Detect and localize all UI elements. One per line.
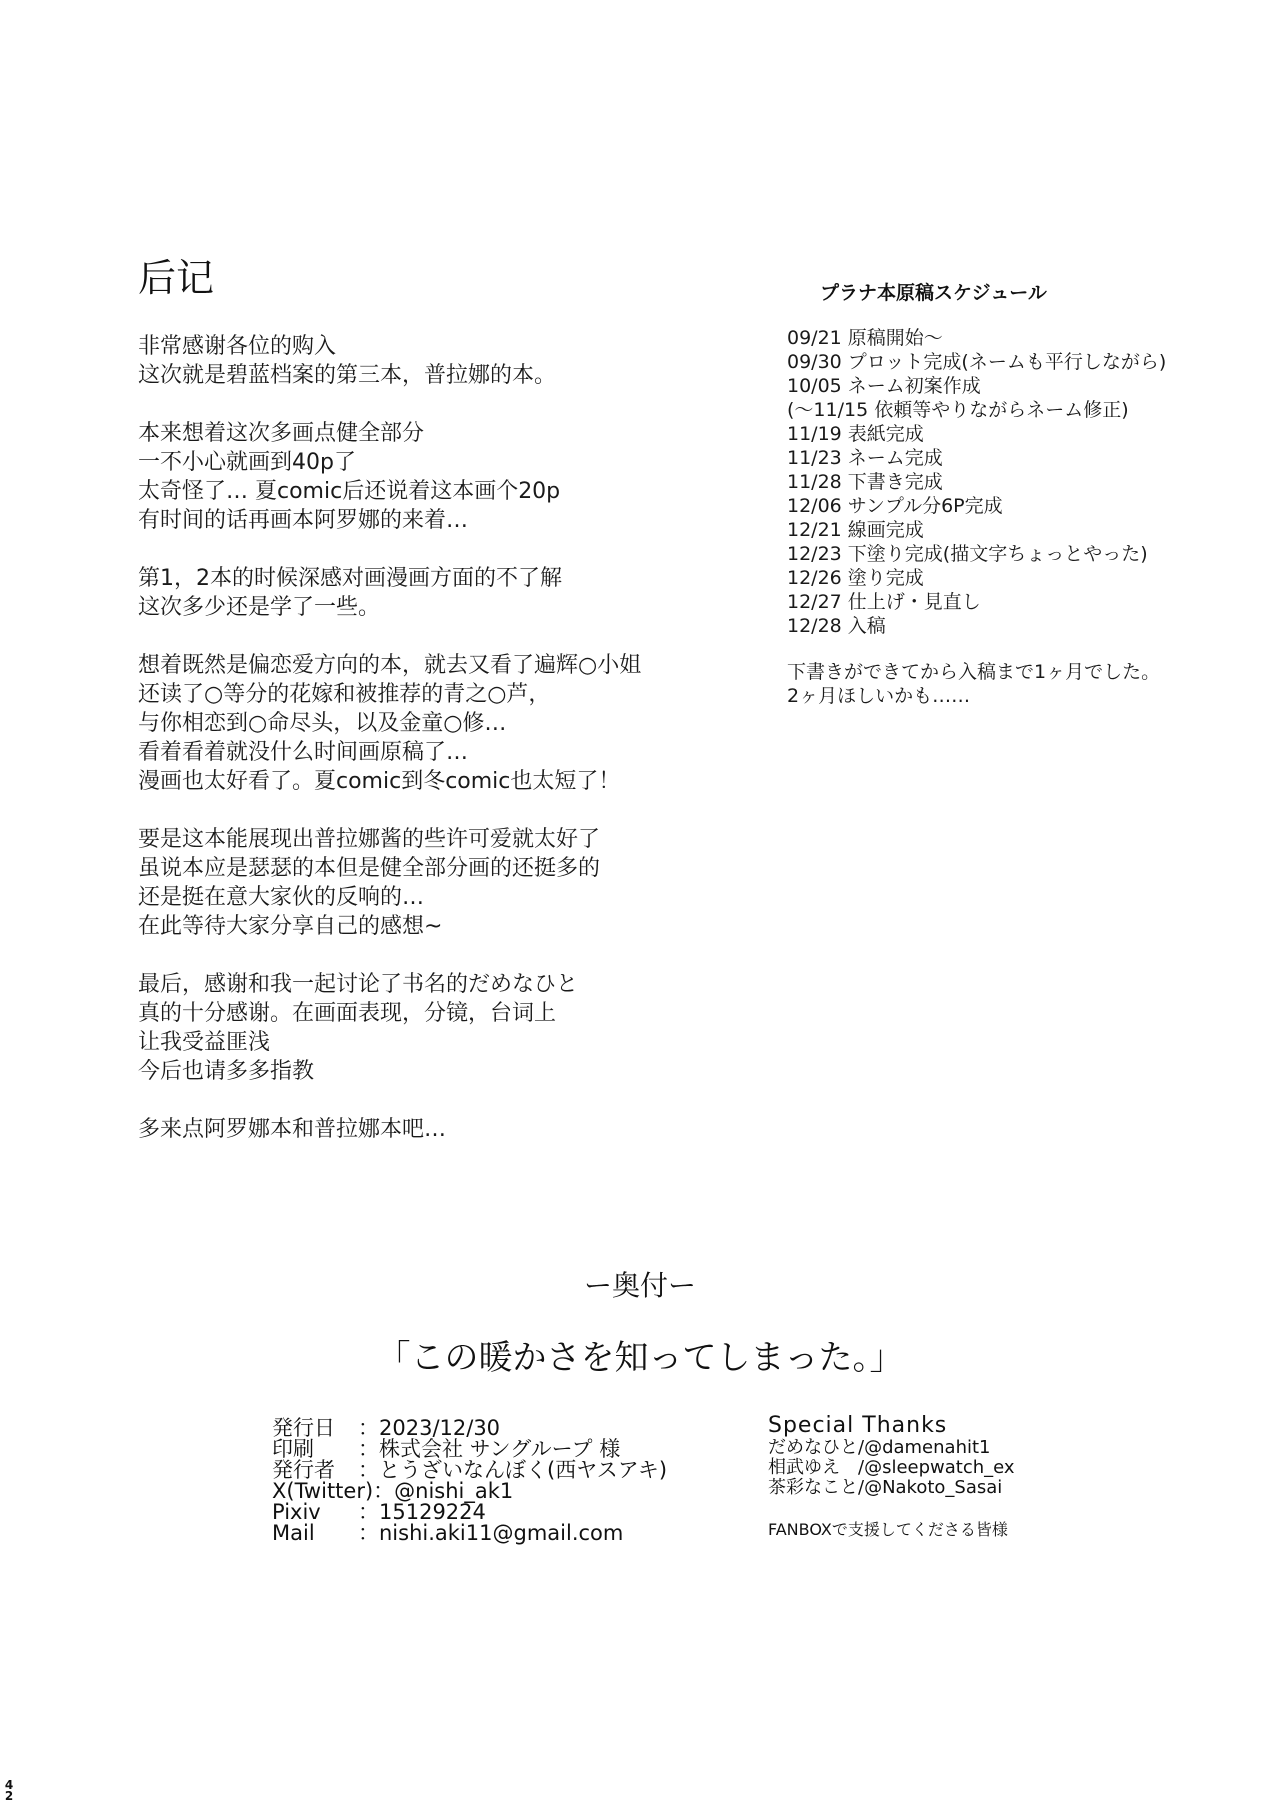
publisher-row: 発行者：とうざいなんぼく(西ヤスアキ)	[272, 1460, 667, 1481]
schedule-item: 11/19 表紙完成	[787, 422, 1166, 446]
info-value: ：nishi.aki11@gmail.com	[358, 1521, 623, 1545]
text-line: 太奇怪了… 夏comic后还说着这本画个20p	[138, 477, 758, 506]
schedule-item: 12/26 塗り完成	[787, 566, 1166, 590]
schedule-item: 11/28 下書き完成	[787, 470, 1166, 494]
thanks-name: だめなひと/@damenahit1	[768, 1438, 1015, 1458]
info-label: 印刷	[272, 1439, 358, 1460]
schedule-title: プラナ本原稿スケジュール	[820, 278, 1047, 305]
schedule-item: 12/27 仕上げ・見直し	[787, 590, 1166, 614]
text-line: 今后也请多多指教	[138, 1057, 758, 1086]
text-line: 最后，感谢和我一起讨论了书名的だめなひと	[138, 970, 758, 999]
afterword-paragraph: 想着既然是偏恋爱方向的本，就去又看了遍辉○小姐 还读了○等分的花嫁和被推荐的青之…	[138, 651, 758, 796]
text-line: 想着既然是偏恋爱方向的本，就去又看了遍辉○小姐	[138, 651, 758, 680]
schedule-item: 09/30 プロット完成(ネームも平行しながら)	[787, 350, 1166, 374]
page-number: 4 2	[2, 1780, 16, 1802]
thanks-name: 茶彩なこと/@Nakoto_Sasai	[768, 1478, 1015, 1498]
schedule-item: 12/23 下塗り完成(描文字ちょっとやった)	[787, 542, 1166, 566]
fanbox-thanks: FANBOXで支援してくださる皆様	[768, 1520, 1015, 1540]
special-thanks: Special Thanks だめなひと/@damenahit1 相武ゆえ /@…	[768, 1414, 1015, 1540]
printer-row: 印刷：株式会社 サングループ 様	[272, 1439, 667, 1460]
schedule-item: (～11/15 依頼等やりながらネーム修正)	[787, 398, 1166, 422]
afterword-title: 后记	[138, 256, 214, 300]
publication-date-row: 発行日：2023/12/30	[272, 1418, 667, 1439]
afterword-paragraph: 非常感谢各位的购入 这次就是碧蓝档案的第三本，普拉娜的本。	[138, 332, 758, 390]
book-title: 「この暖かさを知ってしまった。」	[0, 1330, 1280, 1379]
twitter-row: X(Twitter)：@nishi_ak1	[272, 1481, 667, 1502]
text-line: 看着看着就没什么时间画原稿了…	[138, 738, 758, 767]
text-line: 真的十分感谢。在画面表现，分镜，台词上	[138, 999, 758, 1028]
schedule-note: 下書きができてから入稿まで1ヶ月でした。 2ヶ月ほしいかも……	[787, 660, 1160, 708]
info-label: Pixiv	[272, 1502, 358, 1523]
text-line: 一不小心就画到40p了	[138, 448, 758, 477]
text-line: 还读了○等分的花嫁和被推荐的青之○芦，	[138, 680, 758, 709]
schedule-item: 12/06 サンプル分6P完成	[787, 494, 1166, 518]
afterword-paragraph: 要是这本能展现出普拉娜酱的些许可爱就太好了 虽说本应是瑟瑟的本但是健全部分画的还…	[138, 825, 758, 941]
text-line: 在此等待大家分享自己的感想~	[138, 912, 758, 941]
text-line: 第1，2本的时候深感对画漫画方面的不了解	[138, 564, 758, 593]
afterword-paragraph: 多来点阿罗娜本和普拉娜本吧…	[138, 1115, 758, 1144]
text-line: 让我受益匪浅	[138, 1028, 758, 1057]
schedule-list: 09/21 原稿開始～ 09/30 プロット完成(ネームも平行しながら) 10/…	[787, 326, 1166, 638]
info-label: 発行者	[272, 1460, 358, 1481]
info-label: X(Twitter)	[272, 1481, 373, 1502]
text-line: 有时间的话再画本阿罗娜的来着…	[138, 506, 758, 535]
thanks-name: 相武ゆえ /@sleepwatch_ex	[768, 1458, 1015, 1478]
text-line: 虽说本应是瑟瑟的本但是健全部分画的还挺多的	[138, 854, 758, 883]
schedule-item: 12/28 入稿	[787, 614, 1166, 638]
text-line: 这次就是碧蓝档案的第三本，普拉娜的本。	[138, 361, 758, 390]
text-line: 与你相恋到○命尽头，以及金童○修…	[138, 709, 758, 738]
publication-info: 発行日：2023/12/30 印刷：株式会社 サングループ 様 発行者：とうざい…	[272, 1418, 667, 1544]
schedule-item: 09/21 原稿開始～	[787, 326, 1166, 350]
text-line: 本来想着这次多画点健全部分	[138, 419, 758, 448]
special-thanks-title: Special Thanks	[768, 1414, 1015, 1438]
note-line: 2ヶ月ほしいかも……	[787, 684, 1160, 708]
text-line: 要是这本能展现出普拉娜酱的些许可爱就太好了	[138, 825, 758, 854]
colophon-heading: ー奥付ー	[0, 1264, 1280, 1304]
mail-row: Mail：nishi.aki11@gmail.com	[272, 1523, 667, 1544]
afterword-paragraph: 最后，感谢和我一起讨论了书名的だめなひと 真的十分感谢。在画面表现，分镜，台词上…	[138, 970, 758, 1086]
text-line: 这次多少还是学了一些。	[138, 593, 758, 622]
pixiv-row: Pixiv：15129224	[272, 1502, 667, 1523]
text-line: 还是挺在意大家伙的反响的…	[138, 883, 758, 912]
info-label: 発行日	[272, 1418, 358, 1439]
info-label: Mail	[272, 1523, 358, 1544]
text-line: 多来点阿罗娜本和普拉娜本吧…	[138, 1115, 758, 1144]
afterword-body: 非常感谢各位的购入 这次就是碧蓝档案的第三本，普拉娜的本。 本来想着这次多画点健…	[138, 332, 758, 1173]
text-line: 漫画也太好看了。夏comic到冬comic也太短了！	[138, 767, 758, 796]
schedule-item: 12/21 線画完成	[787, 518, 1166, 542]
note-line: 下書きができてから入稿まで1ヶ月でした。	[787, 660, 1160, 684]
page-number-digit: 2	[2, 1791, 16, 1802]
afterword-paragraph: 本来想着这次多画点健全部分 一不小心就画到40p了 太奇怪了… 夏comic后还…	[138, 419, 758, 535]
schedule-item: 11/23 ネーム完成	[787, 446, 1166, 470]
afterword-paragraph: 第1，2本的时候深感对画漫画方面的不了解 这次多少还是学了一些。	[138, 564, 758, 622]
text-line: 非常感谢各位的购入	[138, 332, 758, 361]
schedule-item: 10/05 ネーム初案作成	[787, 374, 1166, 398]
